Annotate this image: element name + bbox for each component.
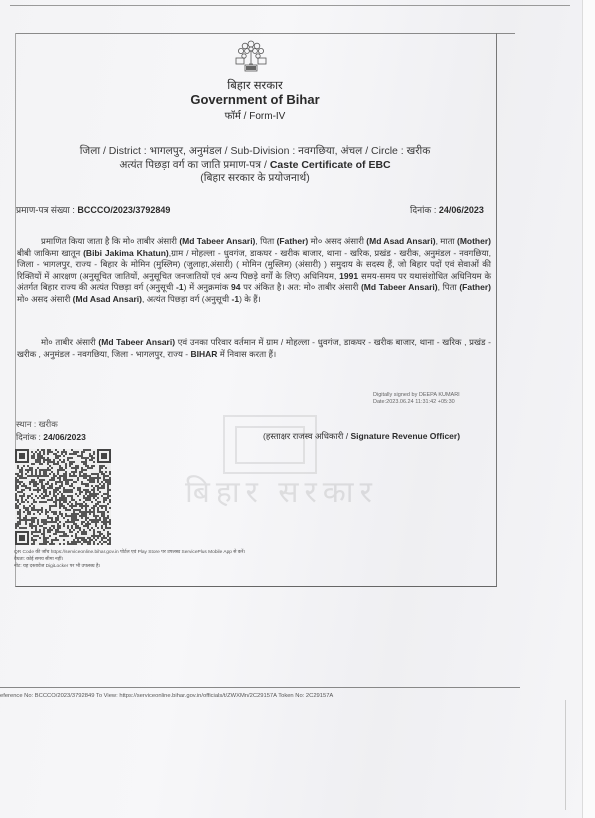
certificate-number-label: प्रमाण-पत्र संख्या : — [16, 205, 75, 215]
scan-right-margin — [582, 0, 595, 818]
certificate-title: अत्यंत पिछड़ा वर्ग का जाति प्रमाण-पत्र /… — [15, 158, 495, 172]
subdivision-label: अनुमंडल / Sub-Division : — [189, 145, 295, 157]
certificate-title-english: Caste Certificate of EBC — [270, 159, 391, 171]
certificate-date-label: दिनांक : — [410, 205, 436, 215]
footer-divider — [0, 687, 520, 688]
digital-signature-signer: Digitally signed by DEEPA KUMARI — [373, 392, 460, 399]
issue-date-value: 24/06/2023 — [43, 432, 86, 442]
district-label: जिला / District : — [80, 145, 147, 157]
subdivision-value: नवगछिया, — [298, 145, 337, 157]
note-qr-verification: QR Code की जाँच https://serviceonline.bi… — [14, 549, 245, 556]
bihar-emblem-icon — [233, 36, 269, 74]
district-value: भागलपुर, — [150, 145, 186, 157]
issue-date-label: दिनांक : — [16, 432, 41, 442]
scan-edge-line — [10, 5, 570, 6]
circle-label: अंचल / Circle : — [340, 145, 403, 157]
verification-notes: QR Code की जाँच https://serviceonline.bi… — [14, 549, 245, 570]
signature-label-hindi: (हस्ताक्षर राजस्व अधिकारी / — [263, 431, 348, 441]
certificate-purpose: (बिहार सरकार के प्रयोजनार्थ) — [15, 171, 495, 185]
place-label: स्थान : — [16, 419, 36, 429]
digital-signature-date: Date:2023.06.24 11:31:42 +05:30 — [373, 399, 460, 406]
note-digilocker: नोट: यह दस्तावेज DigiLocker पर भी उपलब्ध… — [14, 563, 245, 570]
certification-paragraph: प्रमाणित किया जाता है कि मो० ताबीर अंसार… — [17, 236, 491, 306]
certificate-page: बिहार सरकार Government of Bihar फॉर्म / … — [0, 0, 582, 818]
digital-signature: Digitally signed by DEEPA KUMARI Date:20… — [373, 392, 460, 406]
watermark-text: बिहार सरकार — [185, 470, 378, 511]
residence-paragraph: मो० ताबीर अंसारी (Md Tabeer Ansari) एवं … — [17, 337, 491, 360]
title-english: Government of Bihar — [15, 92, 495, 107]
title-hindi: बिहार सरकार — [15, 78, 495, 93]
circle-value: खरीक — [407, 145, 431, 157]
issue-date: दिनांक : 24/06/2023 — [16, 432, 86, 443]
certificate-date: दिनांक : 24/06/2023 — [410, 203, 484, 216]
signature-label: (हस्ताक्षर राजस्व अधिकारी / Signature Re… — [263, 431, 460, 442]
certificate-date-value: 24/06/2023 — [439, 205, 484, 215]
form-number: फॉर्म / Form-IV — [15, 108, 495, 122]
place: स्थान : खरीक — [16, 419, 58, 430]
certificate-number: प्रमाण-पत्र संख्या : BCCCO/2023/3792849 — [16, 203, 170, 216]
certificate-title-hindi: अत्यंत पिछड़ा वर्ग का जाति प्रमाण-पत्र / — [119, 159, 267, 171]
signature-label-english: Signature Revenue Officer) — [350, 431, 460, 441]
location-line: जिला / District : भागलपुर, अनुमंडल / Sub… — [15, 144, 495, 158]
note-validity: वैधता: कोई समय सीमा नहीं। — [14, 556, 245, 563]
place-value: खरीक — [39, 419, 58, 429]
qr-code-icon[interactable] — [15, 449, 111, 545]
certificate-number-value: BCCCO/2023/3792849 — [77, 205, 170, 215]
scan-fold-line — [565, 700, 566, 810]
reference-footer: eference No: BCCCO/2023/3792849 To View:… — [0, 693, 333, 699]
